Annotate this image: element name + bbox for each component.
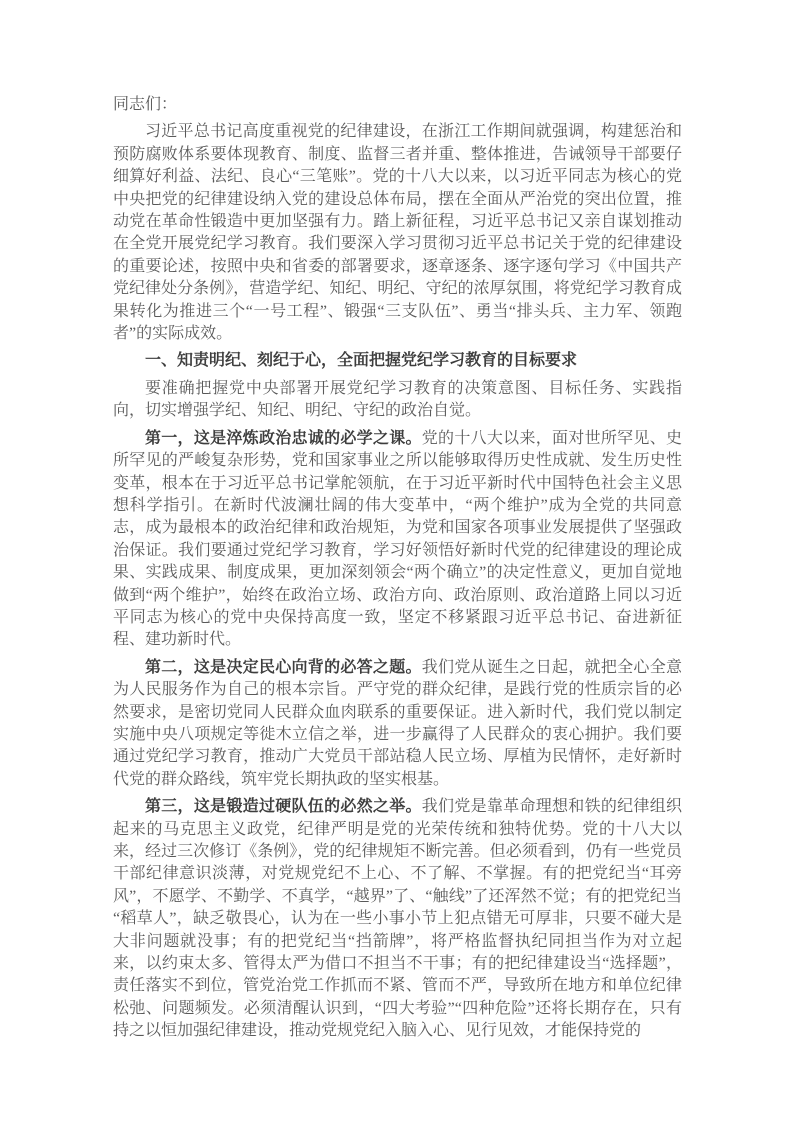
point-one-text: 党的十八大以来，面对世所罕见、史所罕见的严峻复杂形势，党和国家事业之所以能够取得… <box>113 430 682 649</box>
document-page: 同志们： 习近平总书记高度重视党的纪律建设，在浙江工作期间就强调，构建惩治和预防… <box>0 0 793 1122</box>
point-one-lead: 第一，这是淬炼政治忠诚的必学之课。 <box>145 430 422 447</box>
point-two-paragraph: 第二，这是决定民心向背的必答之题。我们党从诞生之日起，就把全心全意为人民服务作为… <box>113 657 682 791</box>
opening-paragraph: 习近平总书记高度重视党的纪律建设，在浙江工作期间就强调，构建惩治和预防腐败体系要… <box>113 121 682 345</box>
point-three-text: 我们党是靠革命理想和铁的纪律组织起来的马克思主义政党，纪律严明是党的光荣传统和独… <box>113 798 682 1039</box>
point-three-paragraph: 第三，这是锻造过硬队伍的必然之举。我们党是靠革命理想和铁的纪律组织起来的马克思主… <box>113 796 682 1042</box>
salutation: 同志们： <box>113 94 682 116</box>
overview-paragraph: 要准确把握党中央部署开展党纪学习教育的决策意图、目标任务、实践指向，切实增强学纪… <box>113 378 682 423</box>
point-one-paragraph: 第一，这是淬炼政治忠诚的必学之课。党的十八大以来，面对世所罕见、史所罕见的严峻复… <box>113 428 682 652</box>
point-two-lead: 第二，这是决定民心向背的必答之题。 <box>145 659 422 676</box>
point-two-text: 我们党从诞生之日起，就把全心全意为人民服务作为自己的根本宗旨。严守党的群众纪律，… <box>113 659 682 788</box>
point-three-lead: 第三，这是锻造过硬队伍的必然之举。 <box>145 798 422 815</box>
section-heading: 一、知责明纪、刻纪于心，全面把握党纪学习教育的目标要求 <box>113 350 682 372</box>
